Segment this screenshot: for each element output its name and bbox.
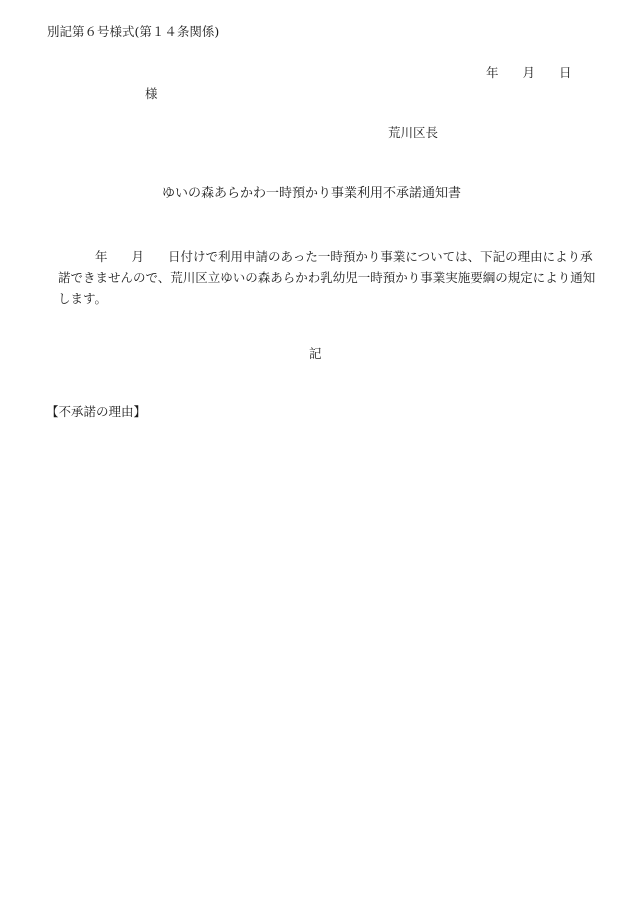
date-year-label: 年 (486, 67, 499, 80)
date-line: 年月日 (486, 67, 572, 80)
sender: 荒川区長 (388, 127, 438, 140)
body-line-1: 年月日付けで利用申請のあった一時預かり事業については、下記の理由により承 (58, 246, 586, 267)
document-title: ゆいの森あらかわ一時預かり事業利用不承諾通知書 (162, 187, 461, 200)
body-line-3: します。 (58, 288, 586, 309)
body-month-label: 月 (132, 249, 145, 264)
form-number: 別記第６号様式(第１４条関係) (47, 26, 219, 39)
ki-heading: 記 (309, 348, 322, 361)
body-line-1-text: 日付けで利用申請のあった一時預かり事業については、下記の理由により承 (168, 249, 593, 264)
recipient-suffix: 様 (145, 88, 158, 101)
body-year-label: 年 (95, 249, 108, 264)
date-month-label: 月 (523, 67, 536, 80)
reason-heading: 【不承諾の理由】 (46, 406, 146, 419)
body-line-2: 諾できませんので、荒川区立ゆいの森あらかわ乳幼児一時預かり事業実施要綱の規定によ… (58, 267, 586, 288)
body-text: 年月日付けで利用申請のあった一時預かり事業については、下記の理由により承 諾でき… (58, 246, 586, 309)
date-day-label: 日 (559, 67, 572, 80)
